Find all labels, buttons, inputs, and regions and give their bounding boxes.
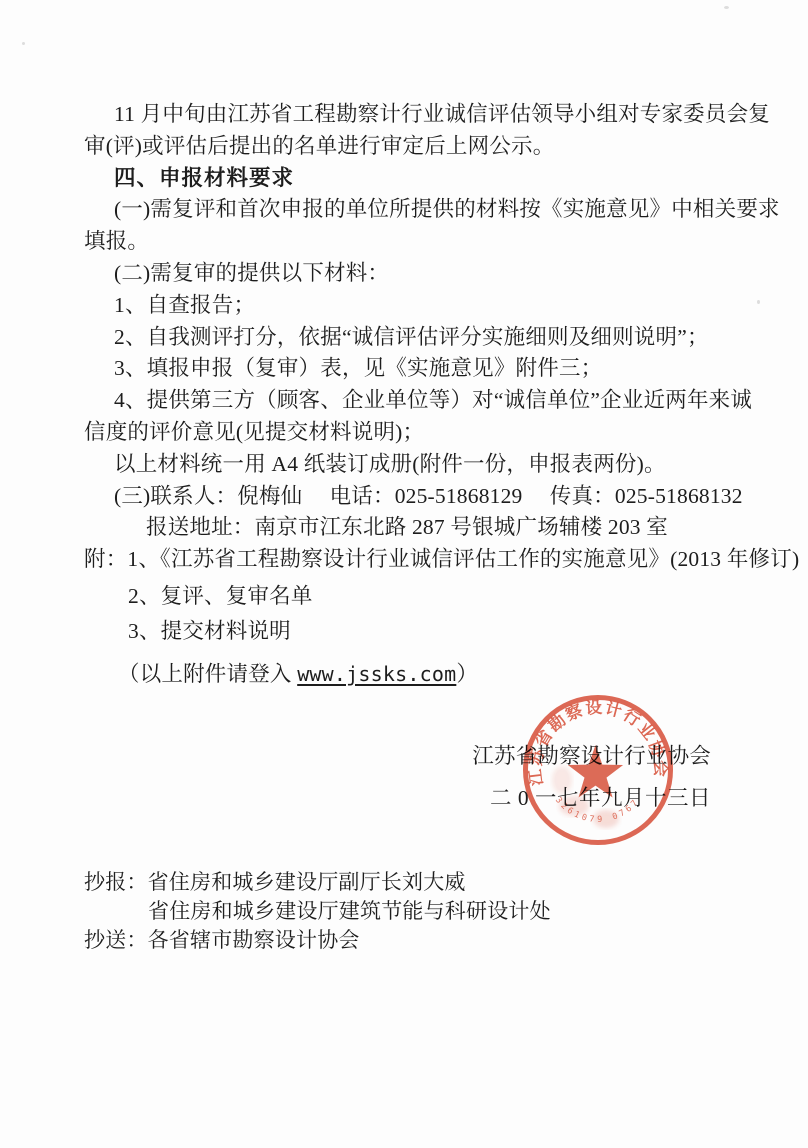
- body-line: 以上材料统一用 A4 纸装订成册(附件一份，申报表两份)。: [84, 449, 738, 481]
- attachment-note-suffix: ）: [456, 662, 478, 686]
- signature-org: 江苏省勘察设计行业协会: [84, 741, 711, 773]
- list-item: 3、填报申报（复审）表，见《实施意见》附件三；: [84, 353, 738, 385]
- list-item: 1、自查报告；: [84, 290, 738, 322]
- body-line: (二)需复审的提供以下材料：: [84, 258, 738, 290]
- list-item: 4、提供第三方（顾客、企业单位等）对“诚信单位”企业近两年来诚: [84, 385, 738, 417]
- cc-line: 省住房和城乡建设厅建筑节能与科研设计处: [84, 897, 738, 926]
- section-heading: 四、申报材料要求: [84, 163, 738, 195]
- scan-artifact: [22, 42, 25, 45]
- body-line: 11 月中旬由江苏省工程勘察计行业诚信评估领导小组对专家委员会复: [84, 99, 738, 131]
- cc-block: 抄报：省住房和城乡建设厅副厅长刘大威 省住房和城乡建设厅建筑节能与科研设计处 抄…: [84, 868, 738, 955]
- attachment-line: 3、提交材料说明: [84, 616, 738, 648]
- contact-line: (三)联系人：倪梅仙 电话：025-51868129 传真：025-518681…: [84, 481, 738, 513]
- body-line: 信度的评价意见(见提交材料说明)；: [84, 417, 738, 449]
- attachment-note: （以上附件请登入 www.jssks.com）: [84, 659, 738, 691]
- signature-date: 二 0 一七年九月十三日: [84, 783, 711, 815]
- body-line: 填报。: [84, 226, 738, 258]
- cc-line: 抄报：省住房和城乡建设厅副厅长刘大威: [84, 868, 738, 897]
- scan-artifact: [757, 300, 760, 304]
- website-url: www.jssks.com: [297, 662, 456, 686]
- body-line: (一)需复评和首次申报的单位所提供的材料按《实施意见》中相关要求: [84, 194, 738, 226]
- document-body: 11 月中旬由江苏省工程勘察计行业诚信评估领导小组对专家委员会复 审(评)或评估…: [84, 99, 738, 955]
- attachment-note-prefix: （以上附件请登入: [118, 662, 297, 686]
- scanned-page: 11 月中旬由江苏省工程勘察计行业诚信评估领导小组对专家委员会复 审(评)或评估…: [0, 0, 808, 1148]
- address-line: 报送地址：南京市江东北路 287 号银城广场辅楼 203 室: [84, 512, 738, 544]
- attachment-line: 2、复评、复审名单: [84, 581, 738, 613]
- scan-artifact: [724, 6, 729, 9]
- signature-block: 江苏省勘察设计行业协会 二 0 一七年九月十三日: [84, 741, 738, 815]
- body-line: 审(评)或评估后提出的名单进行审定后上网公示。: [84, 131, 738, 163]
- scan-artifact: [760, 560, 763, 563]
- cc-line: 抄送：各省辖市勘察设计协会: [84, 926, 738, 955]
- list-item: 2、自我测评打分，依据“诚信评估评分实施细则及细则说明”；: [84, 322, 738, 354]
- attachment-line: 附：1、《江苏省工程勘察设计行业诚信评估工作的实施意见》(2013 年修订): [84, 544, 738, 576]
